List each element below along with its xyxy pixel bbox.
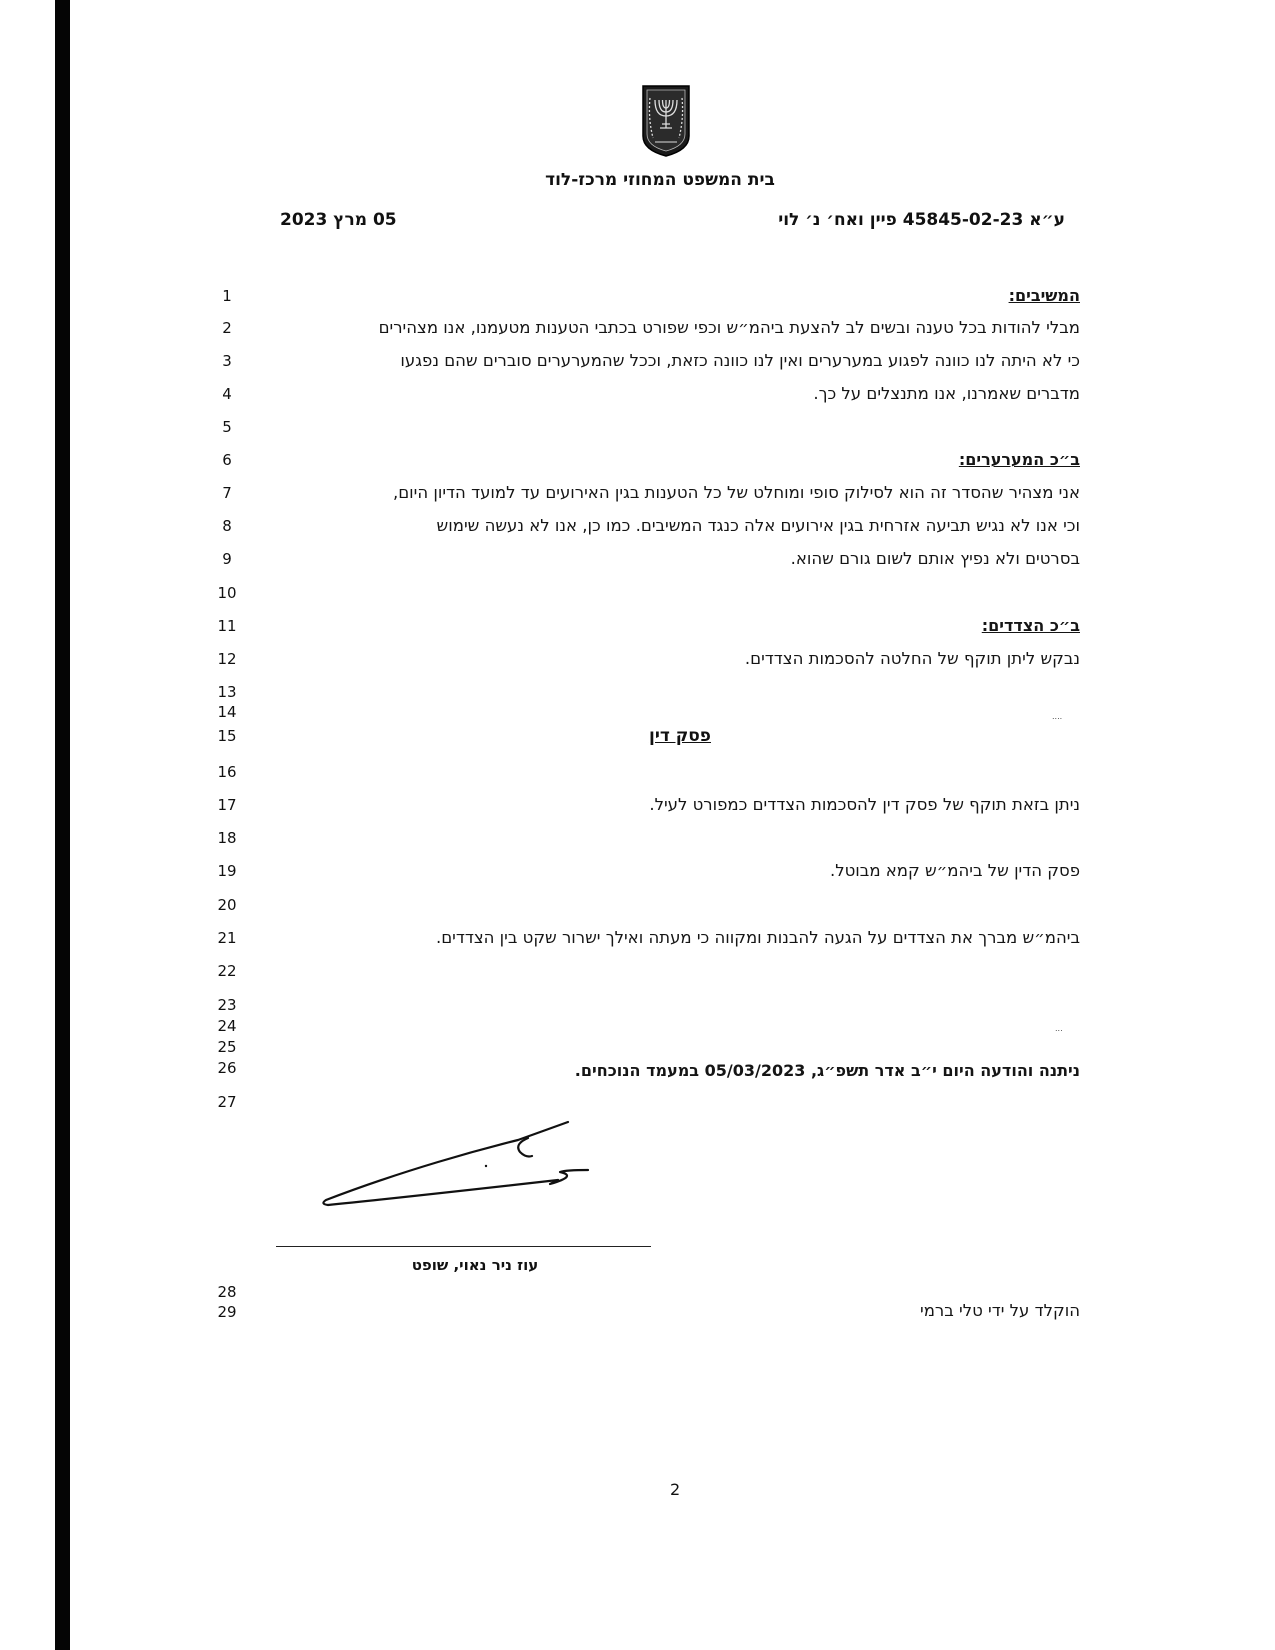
line-number: 3 <box>214 352 240 370</box>
line-number: 15 <box>214 727 240 745</box>
line-number: 16 <box>214 763 240 781</box>
judgment-paragraph: ביהמ״ש מברך את הצדדים על הגעה להבנות ומק… <box>436 928 1080 947</box>
court-name: בית המשפט המחוזי מרכז-לוד <box>460 170 860 190</box>
scan-artifact-dots: ... <box>1055 1024 1063 1033</box>
line-number: 12 <box>214 650 240 668</box>
text-line: אני מצהיר שהסדר זה הוא לסילוק סופי ומוחל… <box>393 483 1080 502</box>
text-line: כי לא היתה לנו כוונה לפגוע במערערים ואין… <box>400 351 1080 370</box>
text-line: מדברים שאמרנו, אנו מתנצלים על כך. <box>813 384 1080 403</box>
text-line: נבקש ליתן תוקף של החלטה להסכמות הצדדים. <box>745 649 1080 668</box>
judgment-paragraph: ניתן בזאת תוקף של פסק דין להסכמות הצדדים… <box>649 795 1080 814</box>
line-number: 18 <box>214 829 240 847</box>
signature-line <box>276 1246 651 1247</box>
line-number: 6 <box>214 451 240 469</box>
line-number: 28 <box>214 1283 240 1301</box>
line-number: 8 <box>214 517 240 535</box>
line-number: 29 <box>214 1303 240 1321</box>
line-number: 13 <box>214 683 240 701</box>
judgment-title: פסק דין <box>600 726 760 746</box>
line-number: 21 <box>214 929 240 947</box>
line-number: 22 <box>214 962 240 980</box>
document-date: 05 מרץ 2023 <box>280 210 397 230</box>
scan-edge-bar <box>55 0 70 1650</box>
line-number: 1 <box>214 287 240 305</box>
line-number: 27 <box>214 1093 240 1111</box>
line-number: 26 <box>214 1059 240 1077</box>
line-number: 25 <box>214 1038 240 1056</box>
line-number: 10 <box>214 584 240 602</box>
typed-by: הוקלד על ידי טלי ברמי <box>920 1301 1080 1320</box>
line-number: 5 <box>214 418 240 436</box>
given-statement: ניתנה והודעה היום י״ב אדר תשפ״ג, 05/03/2… <box>575 1061 1080 1080</box>
line-number: 9 <box>214 550 240 568</box>
judge-name: עוז ניר נאוי, שופט <box>360 1256 590 1274</box>
section-heading: ב״כ הצדדים: <box>982 616 1080 635</box>
line-number: 23 <box>214 996 240 1014</box>
line-number: 11 <box>214 617 240 635</box>
case-reference: ע״א 45845-02-23 פיין ואח׳ נ׳ לוי <box>778 210 1065 230</box>
text-line: וכי אנו לא נגיש תביעה אזרחית בגין אירועי… <box>437 516 1080 535</box>
scan-artifact-dots: .... <box>1052 712 1062 721</box>
line-number: 4 <box>214 385 240 403</box>
text-line: מבלי להודות בכל טענה ובשים לב להצעת ביהמ… <box>379 318 1080 337</box>
page-number: 2 <box>670 1480 680 1499</box>
line-number: 2 <box>214 319 240 337</box>
text-line: בסרטים ולא נפיץ אותם לשום גורם שהוא. <box>791 549 1080 568</box>
judgment-paragraph: פסק הדין של ביהמ״ש קמא מבוטל. <box>830 861 1080 880</box>
line-number: 7 <box>214 484 240 502</box>
section-heading: המשיבים: <box>1009 286 1080 305</box>
line-number: 19 <box>214 862 240 880</box>
line-number: 14 <box>214 703 240 721</box>
section-heading: ב״כ המערערים: <box>959 450 1080 469</box>
line-number: 17 <box>214 796 240 814</box>
judge-signature <box>318 1118 608 1218</box>
line-number: 24 <box>214 1017 240 1035</box>
line-number: 20 <box>214 896 240 914</box>
state-emblem-icon <box>641 84 691 158</box>
